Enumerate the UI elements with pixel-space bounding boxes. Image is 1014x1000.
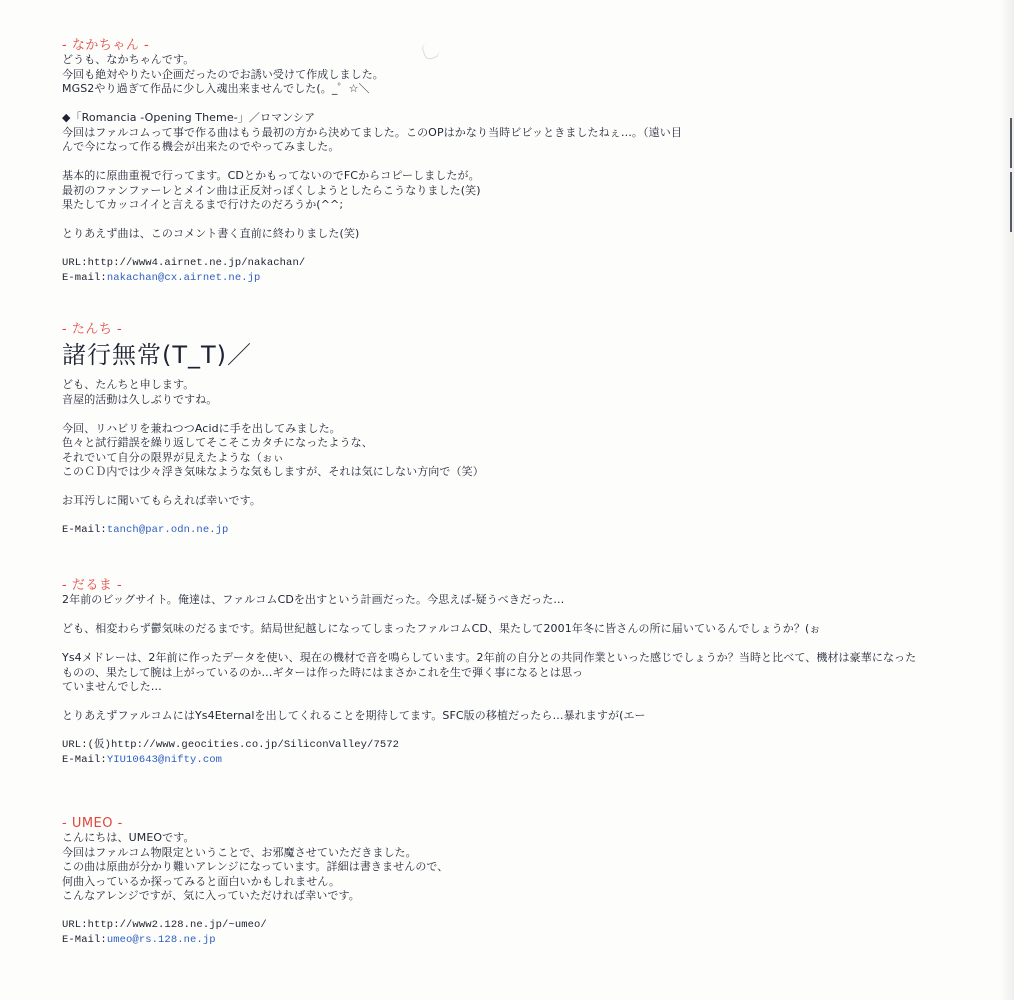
- email-line: E-Mail:tanch@par.odn.ne.jp: [62, 523, 484, 538]
- track-title: ◆「Romancia -Opening Theme-」／ロマンシア: [62, 111, 682, 126]
- email-label: E-Mail:: [62, 934, 107, 946]
- email-line: E-mail:nakachan@cx.airnet.ne.jp: [62, 271, 682, 286]
- text-line: お耳汚しに聞いてもらえれば幸いです。: [62, 494, 484, 509]
- text-line: 今回も絶対やりたい企画だったのでお誘い受けて作成しました。: [62, 68, 682, 83]
- url-label: URL:: [62, 739, 88, 751]
- text-line: 色々と試行錯誤を繰り返してそこそこカタチになったような、: [62, 436, 484, 451]
- text-line: 今回はファルコムって事で作る曲はもう最初の方から決めてました。このOPはかなり当…: [62, 126, 682, 141]
- text-line: んで今になって作る機会が出来たのでやってみました。: [62, 140, 682, 155]
- text-line: ども、相変わらず鬱気味のだるまです。結局世紀越しになってしまったファルコムCD、…: [62, 622, 916, 637]
- url-line: URL:http://www2.128.ne.jp/~umeo/: [62, 918, 448, 933]
- text-line: ものの、果たして腕は上がっているのか…ギターは作った時にはまさかこれを生で弾く事…: [62, 666, 916, 681]
- text-line: Ys4メドレーは、2年前に作ったデータを使い、現在の機材で音を鳴らしています。2…: [62, 651, 916, 666]
- text-line: 今回、リハビリを兼ねつつAcidに手を出してみました。: [62, 422, 484, 437]
- email-label: E-mail:: [62, 272, 107, 284]
- text-line: 音屋的活動は久しぶりですね。: [62, 393, 484, 408]
- url-label: URL:: [62, 919, 88, 931]
- text-line: こんにちは、UMEOです。: [62, 831, 448, 846]
- text-line: 果たしてカッコイイと言えるまで行けたのだろうか(^^;: [62, 198, 682, 213]
- email-line: E-Mail:YIU10643@nifty.com: [62, 753, 916, 768]
- email-link[interactable]: YIU10643@nifty.com: [107, 754, 222, 766]
- text-line: ども、たんちと申します。: [62, 378, 484, 393]
- text-line: 最初のファンファーレとメイン曲は正反対っぽくしようとしたらこうなりました(笑): [62, 184, 682, 199]
- email-link[interactable]: nakachan@cx.airnet.ne.jp: [107, 272, 261, 284]
- text-line: 基本的に原曲重視で行ってます。CDとかもってないのでFCからコピーしましたが。: [62, 169, 682, 184]
- text-line: 2年前のビッグサイト。俺達は、ファルコムCDを出すという計画だった。今思えば-疑…: [62, 593, 916, 608]
- text-line: MGS2やり過ぎて作品に少し入魂出来ませんでした(。_゜☆＼: [62, 82, 682, 97]
- text-line: 何曲入っているか探ってみると面白いかもしれません。: [62, 875, 448, 890]
- author-header: - だるま -: [62, 578, 916, 593]
- url-link[interactable]: http://www2.128.ne.jp/~umeo/: [88, 919, 267, 931]
- section-umeo: - UMEO - こんにちは、UMEOです。 今回はファルコム物限定ということで…: [62, 816, 448, 947]
- staple-mark: [1010, 118, 1012, 168]
- text-line: こんなアレンジですが、気に入っていただければ幸いです。: [62, 889, 448, 904]
- author-header: - たんち -: [62, 322, 484, 337]
- url-link[interactable]: (仮)http://www.geocities.co.jp/SiliconVal…: [88, 739, 399, 751]
- text-line: どうも、なかちゃんです。: [62, 53, 682, 68]
- email-link[interactable]: umeo@rs.128.ne.jp: [107, 934, 216, 946]
- text-line: このＣＤ内では少々浮き気味なような気もしますが、それは気にしない方向で（笑）: [62, 465, 484, 480]
- author-header: - UMEO -: [62, 816, 448, 831]
- url-link[interactable]: http://www4.airnet.ne.jp/nakachan/: [88, 257, 306, 269]
- text-line: とりあえずファルコムにはYs4Eternalを出してくれることを期待してます。S…: [62, 709, 916, 724]
- text-line: とりあえず曲は、このコメント書く直前に終わりました(笑): [62, 227, 682, 242]
- section-daruma: - だるま - 2年前のビッグサイト。俺達は、ファルコムCDを出すという計画だっ…: [62, 578, 916, 767]
- email-link[interactable]: tanch@par.odn.ne.jp: [107, 524, 229, 536]
- text-line: ていませんでした…: [62, 680, 916, 695]
- section-nakachan: - なかちゃん - どうも、なかちゃんです。 今回も絶対やりたい企画だったのでお…: [62, 38, 682, 285]
- author-header: - なかちゃん -: [62, 38, 682, 53]
- email-label: E-Mail:: [62, 754, 107, 766]
- staple-mark: [1010, 172, 1012, 232]
- email-label: E-Mail:: [62, 524, 107, 536]
- section-title: 諸行無常(T_T)／: [62, 340, 484, 370]
- url-line: URL:(仮)http://www.geocities.co.jp/Silico…: [62, 738, 916, 753]
- section-tanchi: - たんち - 諸行無常(T_T)／ ども、たんちと申します。 音屋的活動は久し…: [62, 322, 484, 538]
- url-label: URL:: [62, 257, 88, 269]
- text-line: この曲は原曲が分かり難いアレンジになっています。詳細は書きませんので、: [62, 860, 448, 875]
- email-line: E-Mail:umeo@rs.128.ne.jp: [62, 933, 448, 948]
- text-line: 今回はファルコム物限定ということで、お邪魔させていただきました。: [62, 846, 448, 861]
- text-line: それでいて自分の限界が見えたような（ぉぃ: [62, 451, 484, 466]
- url-line: URL:http://www4.airnet.ne.jp/nakachan/: [62, 256, 682, 271]
